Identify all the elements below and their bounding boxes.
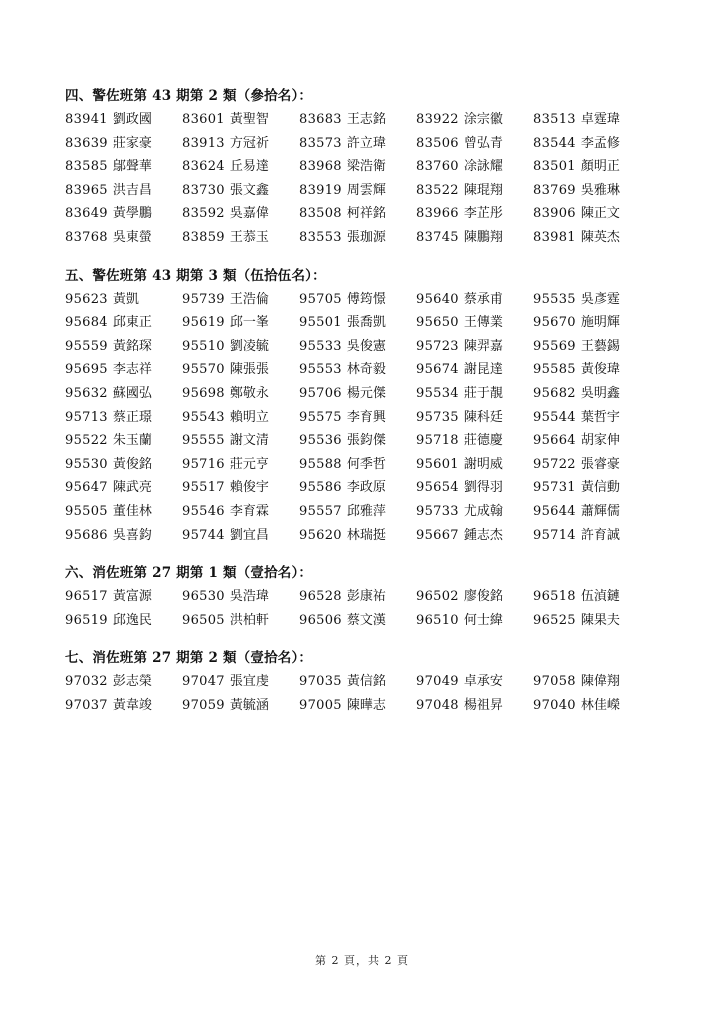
roster-entry: 97047張宜虔	[182, 670, 299, 694]
roster-entry: 95517賴俊宇	[182, 476, 299, 500]
roster-entry: 95731黃信動	[533, 476, 650, 500]
entry-name: 王志銘	[347, 112, 386, 127]
entry-name: 張宜虔	[230, 674, 269, 689]
entry-id: 95620	[299, 528, 342, 543]
entry-name: 洪吉昌	[113, 183, 152, 198]
entry-id: 95619	[182, 315, 225, 330]
entry-id: 95533	[299, 339, 342, 354]
roster-entry: 83760凃詠耀	[416, 155, 533, 179]
entry-name: 李育興	[347, 410, 386, 425]
entry-id: 95698	[182, 386, 225, 401]
entry-id: 95682	[533, 386, 576, 401]
entry-id: 83683	[299, 112, 342, 127]
roster-entry: 95716莊元亨	[182, 453, 299, 477]
entry-id: 95716	[182, 457, 225, 472]
roster-entry: 95570陳張張	[182, 358, 299, 382]
entry-name: 廖俊銘	[464, 589, 503, 604]
section-title: 七、消佐班第 27 期第 2 類（壹拾名）：	[65, 646, 665, 670]
entry-name: 董佳林	[113, 504, 152, 519]
entry-id: 97005	[299, 698, 342, 713]
entry-id: 95713	[65, 410, 108, 425]
entry-name: 黃信銘	[347, 674, 386, 689]
entry-id: 83649	[65, 206, 108, 221]
entry-id: 95664	[533, 433, 576, 448]
entry-id: 96506	[299, 613, 342, 628]
entry-id: 83522	[416, 183, 459, 198]
roster-content: 四、警佐班第 43 期第 2 類（參拾名）：83941劉政國83601黃聖智83…	[65, 84, 665, 731]
entry-name: 陳羿嘉	[464, 339, 503, 354]
roster-entry: 95533吳俊憲	[299, 335, 416, 359]
entry-name: 黃學鵬	[113, 206, 152, 221]
entry-name: 陳偉翔	[581, 674, 620, 689]
entry-id: 83913	[182, 136, 225, 151]
entry-id: 95650	[416, 315, 459, 330]
entry-id: 95522	[65, 433, 108, 448]
entry-name: 謝文清	[230, 433, 269, 448]
entry-id: 95557	[299, 504, 342, 519]
entry-id: 96518	[533, 589, 576, 604]
entry-id: 83506	[416, 136, 459, 151]
roster-entry: 97032彭志榮	[65, 670, 182, 694]
roster-entry: 83553張珈源	[299, 226, 416, 250]
entry-id: 97059	[182, 698, 225, 713]
roster-entry: 83859王菾玉	[182, 226, 299, 250]
entry-name: 莊德慶	[464, 433, 503, 448]
entry-name: 吳明鑫	[581, 386, 620, 401]
entry-name: 蔡承甫	[464, 292, 503, 307]
entry-id: 95588	[299, 457, 342, 472]
entry-id: 95670	[533, 315, 576, 330]
entry-id: 95555	[182, 433, 225, 448]
roster-entry: 95739王浩倫	[182, 288, 299, 312]
roster-entry: 97059黃毓涵	[182, 694, 299, 718]
roster-entry: 83573許立瑋	[299, 132, 416, 156]
entry-id: 95706	[299, 386, 342, 401]
entry-id: 95586	[299, 480, 342, 495]
roster-entry: 95505董佳林	[65, 500, 182, 524]
roster-entry: 97005陳曄志	[299, 694, 416, 718]
entry-name: 賴俊宇	[230, 480, 269, 495]
entry-id: 96502	[416, 589, 459, 604]
entry-name: 吳浩瑋	[230, 589, 269, 604]
roster-entry: 95619邱一峯	[182, 311, 299, 335]
roster-entry: 83649黃學鵬	[65, 202, 182, 226]
section-title: 六、消佐班第 27 期第 1 類（壹拾名）：	[65, 561, 665, 585]
roster-entry: 95705傅筠憬	[299, 288, 416, 312]
entry-id: 95686	[65, 528, 108, 543]
entry-name: 李芷彤	[464, 206, 503, 221]
entry-name: 李志祥	[113, 362, 152, 377]
roster-entry: 97058陳偉翔	[533, 670, 650, 694]
roster-entry: 83922涂宗徽	[416, 108, 533, 132]
roster-entry: 95543賴明立	[182, 406, 299, 430]
entry-name: 蕭輝儒	[581, 504, 620, 519]
entry-id: 95731	[533, 480, 576, 495]
entry-name: 黃毓涵	[230, 698, 269, 713]
entry-id: 95517	[182, 480, 225, 495]
entry-id: 95733	[416, 504, 459, 519]
roster-entry: 95501張喬凱	[299, 311, 416, 335]
entry-name: 陳琨翔	[464, 183, 503, 198]
entry-name: 邱逸民	[113, 613, 152, 628]
entry-id: 95575	[299, 410, 342, 425]
roster-entry: 95684邱東正	[65, 311, 182, 335]
roster-entry: 95534莊于靚	[416, 382, 533, 406]
roster-entry: 96510何士緯	[416, 609, 533, 633]
entry-id: 83573	[299, 136, 342, 151]
entry-name: 鍾志杰	[464, 528, 503, 543]
roster-entry: 95664胡家伸	[533, 429, 650, 453]
entry-id: 83501	[533, 159, 576, 174]
roster-entry: 95535吳彥霆	[533, 288, 650, 312]
roster-entry: 95553林奇毅	[299, 358, 416, 382]
entry-id: 83769	[533, 183, 576, 198]
roster-entry: 95530黃俊銘	[65, 453, 182, 477]
entry-name: 楊元傑	[347, 386, 386, 401]
roster-entry: 95601謝明威	[416, 453, 533, 477]
entry-name: 尤成翰	[464, 504, 503, 519]
entry-id: 95674	[416, 362, 459, 377]
entry-name: 梁浩衛	[347, 159, 386, 174]
entry-id: 97049	[416, 674, 459, 689]
entry-name: 劉宜昌	[230, 528, 269, 543]
entry-name: 謝明威	[464, 457, 503, 472]
entry-id: 95501	[299, 315, 342, 330]
entry-name: 傅筠憬	[347, 292, 386, 307]
entry-id: 95640	[416, 292, 459, 307]
roster-entry: 83624丘易達	[182, 155, 299, 179]
entry-id: 83859	[182, 230, 225, 245]
roster-section: 五、警佐班第 43 期第 3 類（伍拾伍名）：95623黃凱95739王浩倫95…	[65, 264, 665, 548]
roster-entry: 97040林佳嶸	[533, 694, 650, 718]
roster-entry: 95623黃凱	[65, 288, 182, 312]
roster-entry: 97049卓承安	[416, 670, 533, 694]
entry-id: 95705	[299, 292, 342, 307]
entry-id: 83919	[299, 183, 342, 198]
roster-entry: 96518伍湞鏈	[533, 585, 650, 609]
entry-id: 95744	[182, 528, 225, 543]
roster-entry: 83913方冠祈	[182, 132, 299, 156]
entry-name: 陳張張	[230, 362, 269, 377]
entry-name: 蔡正璟	[113, 410, 152, 425]
entry-name: 莊于靚	[464, 386, 503, 401]
entry-name: 張珈源	[347, 230, 386, 245]
entry-id: 83922	[416, 112, 459, 127]
page-footer: 第 2 頁，共 2 頁	[0, 952, 724, 968]
roster-entry: 83965洪吉昌	[65, 179, 182, 203]
roster-entry: 83906陳正文	[533, 202, 650, 226]
roster-entry: 95735陳科廷	[416, 406, 533, 430]
entry-name: 張文鑫	[230, 183, 269, 198]
entry-id: 95722	[533, 457, 576, 472]
entry-name: 莊元亨	[230, 457, 269, 472]
entry-name: 林奇毅	[347, 362, 386, 377]
entry-id: 97035	[299, 674, 342, 689]
roster-entry: 95546李育霖	[182, 500, 299, 524]
roster-section: 四、警佐班第 43 期第 2 類（參拾名）：83941劉政國83601黃聖智83…	[65, 84, 665, 250]
page-number-text: 第 2 頁，共 2 頁	[315, 954, 409, 967]
entry-name: 黃銘琛	[113, 339, 152, 354]
entry-name: 胡家伸	[581, 433, 620, 448]
entry-id: 95585	[533, 362, 576, 377]
entry-id: 83965	[65, 183, 108, 198]
roster-entry: 95686吳喜鈞	[65, 524, 182, 548]
entries-grid: 96517黃富源96530吳浩瑋96528彭康祐96502廖俊銘96518伍湞鏈…	[65, 585, 665, 632]
roster-entry: 96530吳浩瑋	[182, 585, 299, 609]
entry-name: 吳嘉偉	[230, 206, 269, 221]
roster-entry: 95723陳羿嘉	[416, 335, 533, 359]
entry-name: 許立瑋	[347, 136, 386, 151]
entry-name: 陳英杰	[581, 230, 620, 245]
roster-entry: 95718莊德慶	[416, 429, 533, 453]
entry-name: 彭康祐	[347, 589, 386, 604]
roster-entry: 83513卓霆瑋	[533, 108, 650, 132]
entry-name: 李育霖	[230, 504, 269, 519]
roster-entry: 83501顏明正	[533, 155, 650, 179]
entry-id: 83592	[182, 206, 225, 221]
entry-name: 黃俊瑋	[581, 362, 620, 377]
roster-entry: 96528彭康祐	[299, 585, 416, 609]
entry-id: 83513	[533, 112, 576, 127]
entry-name: 吳彥霆	[581, 292, 620, 307]
entry-id: 95546	[182, 504, 225, 519]
entry-name: 張鈞傑	[347, 433, 386, 448]
entry-id: 95723	[416, 339, 459, 354]
entry-id: 97037	[65, 698, 108, 713]
entry-name: 吳俊憲	[347, 339, 386, 354]
roster-section: 六、消佐班第 27 期第 1 類（壹拾名）：96517黃富源96530吳浩瑋96…	[65, 561, 665, 632]
entry-id: 95735	[416, 410, 459, 425]
entry-name: 劉政國	[113, 112, 152, 127]
entry-id: 97048	[416, 698, 459, 713]
roster-entry: 95644蕭輝儒	[533, 500, 650, 524]
roster-entry: 83768吳東螢	[65, 226, 182, 250]
roster-entry: 83683王志銘	[299, 108, 416, 132]
entry-id: 83745	[416, 230, 459, 245]
entry-name: 黃俊銘	[113, 457, 152, 472]
entry-name: 周雲輝	[347, 183, 386, 198]
entry-id: 83906	[533, 206, 576, 221]
entry-id: 96528	[299, 589, 342, 604]
entry-name: 劉得羽	[464, 480, 503, 495]
roster-entry: 97037黃韋竣	[65, 694, 182, 718]
entry-id: 83981	[533, 230, 576, 245]
entry-name: 莊家豪	[113, 136, 152, 151]
entry-name: 涂宗徽	[464, 112, 503, 127]
roster-entry: 83639莊家豪	[65, 132, 182, 156]
entry-id: 83544	[533, 136, 576, 151]
entry-id: 83966	[416, 206, 459, 221]
roster-entry: 96506蔡文漢	[299, 609, 416, 633]
roster-entry: 83730張文鑫	[182, 179, 299, 203]
entry-name: 陳曄志	[347, 698, 386, 713]
entry-id: 95718	[416, 433, 459, 448]
roster-entry: 95585黃俊瑋	[533, 358, 650, 382]
entries-grid: 95623黃凱95739王浩倫95705傅筠憬95640蔡承甫95535吳彥霆9…	[65, 288, 665, 548]
roster-entry: 83508柯祥銘	[299, 202, 416, 226]
roster-entry: 95670施明輝	[533, 311, 650, 335]
entry-id: 96519	[65, 613, 108, 628]
entry-id: 83601	[182, 112, 225, 127]
entry-name: 凃詠耀	[464, 159, 503, 174]
entry-name: 曾弘青	[464, 136, 503, 151]
entry-name: 朱玉蘭	[113, 433, 152, 448]
entry-id: 95569	[533, 339, 576, 354]
roster-entry: 97035黃信銘	[299, 670, 416, 694]
roster-entry: 96525陳果夫	[533, 609, 650, 633]
entry-name: 邱雅萍	[347, 504, 386, 519]
entry-id: 95667	[416, 528, 459, 543]
entry-id: 95553	[299, 362, 342, 377]
entry-id: 95559	[65, 339, 108, 354]
roster-entry: 83769吳雅琳	[533, 179, 650, 203]
roster-entry: 95557邱雅萍	[299, 500, 416, 524]
entry-name: 施明輝	[581, 315, 620, 330]
roster-entry: 95682吳明鑫	[533, 382, 650, 406]
roster-entry: 95575李育興	[299, 406, 416, 430]
entry-id: 95534	[416, 386, 459, 401]
roster-entry: 83544李孟修	[533, 132, 650, 156]
entry-name: 邱東正	[113, 315, 152, 330]
entry-id: 97040	[533, 698, 576, 713]
entry-name: 吳雅琳	[581, 183, 620, 198]
entry-id: 95535	[533, 292, 576, 307]
entry-id: 95530	[65, 457, 108, 472]
entry-id: 95544	[533, 410, 576, 425]
entry-id: 96530	[182, 589, 225, 604]
roster-entry: 97048楊祖昇	[416, 694, 533, 718]
roster-entry: 95647陳武亮	[65, 476, 182, 500]
entry-name: 王傳業	[464, 315, 503, 330]
entry-id: 83624	[182, 159, 225, 174]
roster-entry: 95559黃銘琛	[65, 335, 182, 359]
entries-grid: 97032彭志榮97047張宜虔97035黃信銘97049卓承安97058陳偉翔…	[65, 670, 665, 717]
entry-id: 83941	[65, 112, 108, 127]
entry-name: 何季哲	[347, 457, 386, 472]
entry-id: 97058	[533, 674, 576, 689]
roster-entry: 95632蘇國弘	[65, 382, 182, 406]
roster-entry: 95555謝文清	[182, 429, 299, 453]
entry-id: 95623	[65, 292, 108, 307]
entry-name: 鄔聲華	[113, 159, 152, 174]
roster-entry: 95544葉哲宇	[533, 406, 650, 430]
entry-id: 95543	[182, 410, 225, 425]
roster-entry: 83592吳嘉偉	[182, 202, 299, 226]
entry-name: 王菾玉	[230, 230, 269, 245]
entry-id: 95536	[299, 433, 342, 448]
roster-entry: 96519邱逸民	[65, 609, 182, 633]
roster-entry: 95733尤成翰	[416, 500, 533, 524]
entry-id: 96517	[65, 589, 108, 604]
entry-name: 李政原	[347, 480, 386, 495]
entry-name: 吳喜鈞	[113, 528, 152, 543]
entry-name: 伍湞鏈	[581, 589, 620, 604]
entry-id: 83553	[299, 230, 342, 245]
entry-name: 邱一峯	[230, 315, 269, 330]
entry-id: 83639	[65, 136, 108, 151]
roster-entry: 83601黃聖智	[182, 108, 299, 132]
roster-entry: 95522朱玉蘭	[65, 429, 182, 453]
roster-entry: 95588何季哲	[299, 453, 416, 477]
entry-name: 張喬凱	[347, 315, 386, 330]
roster-section: 七、消佐班第 27 期第 2 類（壹拾名）：97032彭志榮97047張宜虔97…	[65, 646, 665, 717]
roster-entry: 83981陳英杰	[533, 226, 650, 250]
entry-id: 95714	[533, 528, 576, 543]
entry-id: 95647	[65, 480, 108, 495]
entry-id: 95644	[533, 504, 576, 519]
roster-entry: 83966李芷彤	[416, 202, 533, 226]
roster-entry: 95667鍾志杰	[416, 524, 533, 548]
entry-id: 83768	[65, 230, 108, 245]
section-title: 五、警佐班第 43 期第 3 類（伍拾伍名）：	[65, 264, 665, 288]
entry-name: 蘇國弘	[113, 386, 152, 401]
entry-name: 張睿豪	[581, 457, 620, 472]
entry-name: 陳武亮	[113, 480, 152, 495]
entry-name: 林佳嶸	[581, 698, 620, 713]
roster-entry: 83941劉政國	[65, 108, 182, 132]
roster-entry: 95744劉宜昌	[182, 524, 299, 548]
entry-name: 李孟修	[581, 136, 620, 151]
entry-name: 楊祖昇	[464, 698, 503, 713]
entry-name: 黃信動	[581, 480, 620, 495]
roster-entry: 95654劉得羽	[416, 476, 533, 500]
entry-name: 顏明正	[581, 159, 620, 174]
roster-entry: 96502廖俊銘	[416, 585, 533, 609]
entry-id: 95570	[182, 362, 225, 377]
entry-name: 黃聖智	[230, 112, 269, 127]
entry-name: 卓承安	[464, 674, 503, 689]
roster-entry: 95714許育誠	[533, 524, 650, 548]
entry-name: 劉凌毓	[230, 339, 269, 354]
roster-entry: 95674謝昆達	[416, 358, 533, 382]
section-title: 四、警佐班第 43 期第 2 類（參拾名）：	[65, 84, 665, 108]
entry-id: 95510	[182, 339, 225, 354]
entry-name: 黃富源	[113, 589, 152, 604]
roster-entry: 95536張鈞傑	[299, 429, 416, 453]
entry-name: 黃凱	[113, 292, 139, 307]
entry-name: 王藝錫	[581, 339, 620, 354]
entry-name: 丘易達	[230, 159, 269, 174]
entry-name: 蔡文漢	[347, 613, 386, 628]
roster-entry: 95650王傳業	[416, 311, 533, 335]
entry-name: 王浩倫	[230, 292, 269, 307]
roster-entry: 83968梁浩衛	[299, 155, 416, 179]
entry-name: 賴明立	[230, 410, 269, 425]
entry-id: 96525	[533, 613, 576, 628]
roster-entry: 83745陳鵬翔	[416, 226, 533, 250]
entry-id: 95739	[182, 292, 225, 307]
entry-id: 96510	[416, 613, 459, 628]
entry-id: 95505	[65, 504, 108, 519]
roster-entry: 95586李政原	[299, 476, 416, 500]
entry-id: 95695	[65, 362, 108, 377]
entry-id: 83585	[65, 159, 108, 174]
roster-entry: 95510劉凌毓	[182, 335, 299, 359]
document-page: 四、警佐班第 43 期第 2 類（參拾名）：83941劉政國83601黃聖智83…	[0, 0, 724, 1024]
entry-name: 許育誠	[581, 528, 620, 543]
entry-name: 陳科廷	[464, 410, 503, 425]
roster-entry: 83919周雲輝	[299, 179, 416, 203]
entry-id: 83508	[299, 206, 342, 221]
entry-id: 95601	[416, 457, 459, 472]
roster-entry: 95713蔡正璟	[65, 406, 182, 430]
entry-name: 葉哲宇	[581, 410, 620, 425]
entries-grid: 83941劉政國83601黃聖智83683王志銘83922涂宗徽83513卓霆瑋…	[65, 108, 665, 250]
entry-id: 83760	[416, 159, 459, 174]
entry-name: 陳鵬翔	[464, 230, 503, 245]
entry-name: 黃韋竣	[113, 698, 152, 713]
roster-entry: 95706楊元傑	[299, 382, 416, 406]
